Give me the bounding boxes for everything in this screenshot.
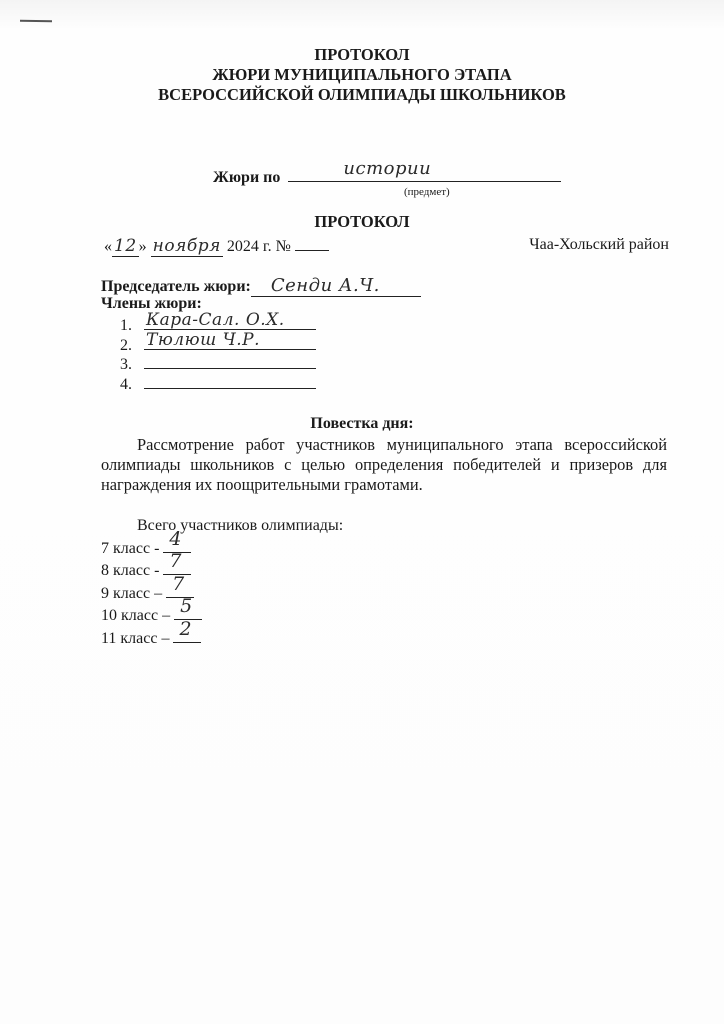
member-number: 1. [120,317,144,335]
grade-label: 7 класс - [101,540,159,557]
chair-label: Председатель жюри: [101,278,251,295]
member-field: Кара-Сал. О.Х. [144,314,316,330]
day-handwritten: 12 [112,236,139,257]
grade-count-handwritten: 7 [172,575,185,595]
year-label: 2024 г. № [227,238,291,255]
participants-row: 8 класс - 7 [101,558,343,581]
open-quote: « [104,238,112,255]
grade-label: 11 класс – [101,630,169,647]
document-header: ПРОТОКОЛ ЖЮРИ МУНИЦИПАЛЬНОГО ЭТАПА ВСЕРО… [0,45,724,105]
participants-row: 9 класс – 7 [101,581,343,604]
member-number: 4. [120,376,144,394]
agenda-text: Рассмотрение работ участников муниципаль… [101,435,667,495]
chair-line: Председатель жюри:Сенди А.Ч. [101,275,421,297]
member-number: 3. [120,356,144,374]
grade-label: 8 класс - [101,562,159,579]
participants-row: 10 класс – 5 [101,603,343,626]
protocol-number-field [295,236,329,251]
protocol-title: ПРОТОКОЛ [0,212,724,232]
member-field [144,373,316,389]
grade-count-handwritten: 2 [179,620,192,640]
subject-handwritten: истории [343,158,431,179]
jury-label: Жюри по [213,169,280,186]
chair-field: Сенди А.Ч. [251,275,421,297]
grade-label: 9 класс – [101,585,162,602]
member-number: 2. [120,337,144,355]
member-field: Тюлюш Ч.Р. [144,334,316,350]
jury-subject-line: Жюри по истории [213,165,561,187]
header-line-2: ЖЮРИ МУНИЦИПАЛЬНОГО ЭТАПА [0,65,724,85]
member-item: 3. [120,353,316,373]
grade-count-field: 2 [173,626,201,643]
member-item: 4. [120,373,316,393]
subject-field: истории [288,165,561,182]
member-name-handwritten: Кара-Сал. О.Х. [146,310,285,330]
district: Чаа-Хольский район [529,236,669,254]
month-handwritten: ноября [151,236,223,257]
header-line-1: ПРОТОКОЛ [0,45,724,65]
grade-count-handwritten: 4 [169,530,182,550]
participants-title: Всего участников олимпиады: [101,516,343,536]
grade-count-handwritten: 7 [169,552,182,572]
participants-row: 7 класс - 4 [101,536,343,559]
member-name-handwritten: Тюлюш Ч.Р. [146,330,260,350]
scan-mark [20,20,52,23]
scanned-page: ПРОТОКОЛ ЖЮРИ МУНИЦИПАЛЬНОГО ЭТАПА ВСЕРО… [0,0,724,1024]
participants-block: Всего участников олимпиады: 7 класс - 4 … [101,516,343,648]
grade-label: 10 класс – [101,607,170,624]
agenda-title: Повестка дня: [0,415,724,433]
chair-name-handwritten: Сенди А.Ч. [271,275,380,296]
members-list: 1.Кара-Сал. О.Х. 2.Тюлюш Ч.Р. 3. 4. [120,314,316,392]
close-quote: » [139,238,147,255]
header-line-3: ВСЕРОССИЙСКОЙ ОЛИМПИАДЫ ШКОЛЬНИКОВ [0,85,724,105]
participants-row: 11 класс – 2 [101,626,343,649]
member-field [144,353,316,369]
grade-count-handwritten: 5 [180,597,193,617]
subject-caption: (предмет) [404,186,450,198]
member-item: 2.Тюлюш Ч.Р. [120,334,316,354]
date-line: «12» ноября 2024 г. № [104,236,329,257]
